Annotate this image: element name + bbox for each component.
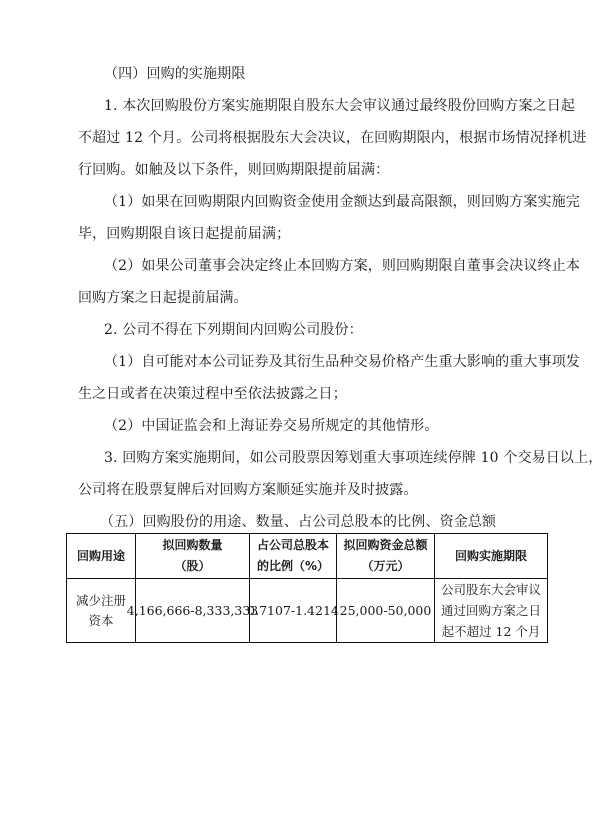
table-header-purpose: 回购用途 [67, 534, 135, 578]
table-cell-amount: 25,000-50,000 [336, 579, 434, 642]
table-row: 减少注册 资本 4,166,666-8,333,333 0.7107-1.421… [67, 579, 547, 642]
table-cell-quantity: 4,166,666-8,333,333 [135, 579, 249, 642]
table-cell-purpose: 减少注册 资本 [67, 579, 135, 642]
section5-content [0, 0, 602, 837]
table-header-amount: 拟回购资金总额 （万元） [336, 534, 434, 578]
table-header-row: 回购用途 拟回购数量 （股） 占公司总股本 的比例（%） 拟回购资金总额 （万元… [67, 534, 547, 579]
buyback-table: 回购用途 拟回购数量 （股） 占公司总股本 的比例（%） 拟回购资金总额 （万元… [66, 533, 548, 643]
table-header-period: 回购实施期限 [434, 534, 547, 578]
table-header-quantity: 拟回购数量 （股） [135, 534, 249, 578]
table-cell-ratio: 0.7107-1.4214 [249, 579, 336, 642]
table-cell-period: 公司股东大会审议 通过回购方案之日 起不超过 12 个月 [434, 579, 547, 642]
table-header-ratio: 占公司总股本 的比例（%） [249, 534, 336, 578]
document-page: （四）回购的实施期限 1. 本次回购股份方案实施期限自股东大会审议通过最终股份回… [0, 0, 602, 837]
